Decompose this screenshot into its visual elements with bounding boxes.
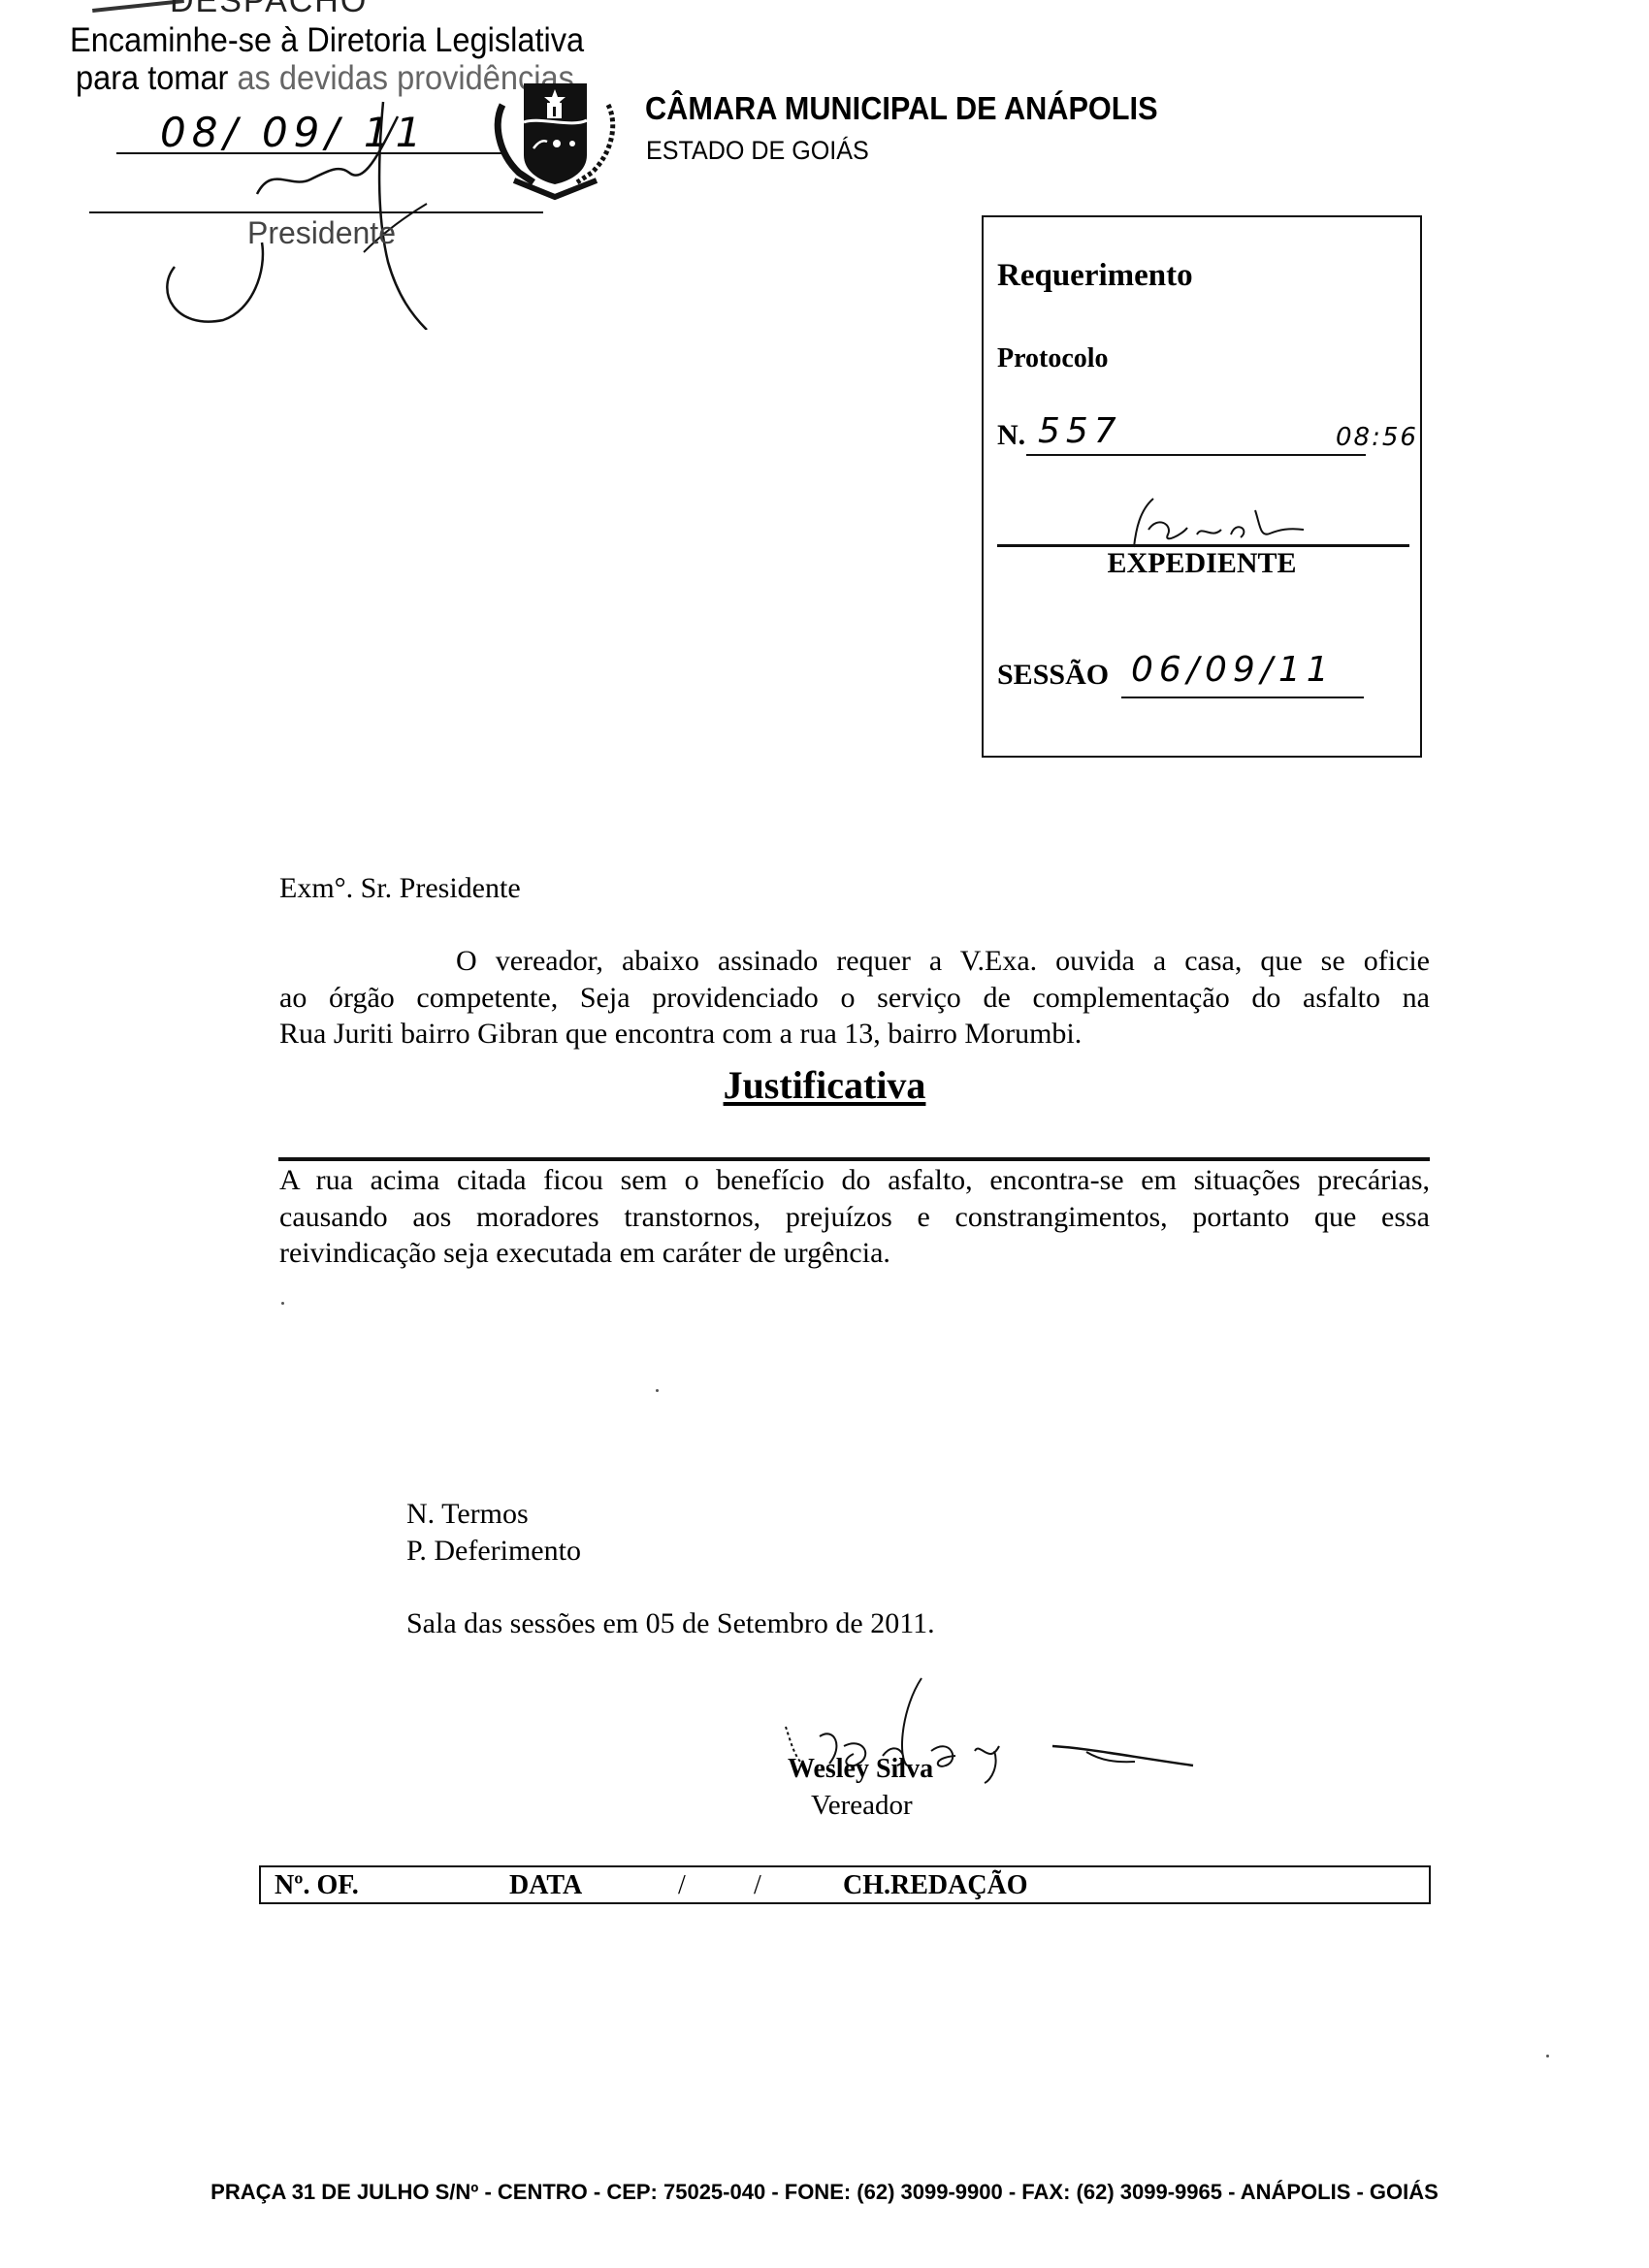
request-line: ao órgão competente, Seja providenciado … — [279, 980, 1430, 1017]
justification-rule — [278, 1157, 1430, 1161]
protocol-box-title: Requerimento — [997, 258, 1193, 294]
protocol-time-value: 08:56 — [1336, 423, 1418, 452]
office-date-separator: / — [678, 1870, 686, 1901]
office-record-box: Nº. OF. DATA / / CH.REDAÇÃO — [259, 1865, 1431, 1904]
justification-line: reivindicação seja executada em caráter … — [279, 1235, 1430, 1272]
despacho-signature-line — [89, 211, 543, 213]
request-line: O vereador, abaixo assinado requer a V.E… — [279, 943, 1430, 980]
scan-speck — [1546, 2055, 1549, 2057]
session-line — [1121, 697, 1364, 698]
signer-role: Vereador — [811, 1790, 913, 1822]
office-number-label: Nº. OF. — [275, 1870, 359, 1901]
closing-line-2: P. Deferimento — [406, 1533, 581, 1570]
despacho-line-1: Encaminhe-se à Diretoria Legislativa — [70, 21, 584, 60]
protocol-number-line — [1026, 454, 1366, 456]
salutation: Exm°. Sr. Presidente — [279, 870, 521, 907]
office-redaction-label: CH.REDAÇÃO — [843, 1870, 1028, 1901]
page-title: CÂMARA MUNICIPAL DE ANÁPOLIS — [645, 90, 1158, 127]
footer-address: PRAÇA 31 DE JULHO S/Nº - CENTRO - CEP: 7… — [0, 2180, 1649, 2205]
expediente-signature-icon — [1115, 491, 1309, 549]
office-date-separator: / — [754, 1870, 761, 1901]
page-subtitle: ESTADO DE GOIÁS — [646, 136, 869, 166]
office-date-label: DATA — [509, 1870, 582, 1901]
justification-paragraph: A rua acima citada ficou sem o benefício… — [279, 1162, 1430, 1272]
justification-line: A rua acima citada ficou sem o benefício… — [279, 1162, 1430, 1199]
scan-speck — [656, 1389, 659, 1392]
protocol-label: Protocolo — [997, 343, 1109, 374]
despacho-line-2-prefix: para tomar — [76, 59, 228, 97]
despacho-heading: DESPACHO — [170, 0, 368, 20]
request-line: Rua Juriti bairro Gibran que encontra co… — [279, 1016, 1430, 1053]
scan-speck — [281, 1302, 284, 1305]
protocol-box: Requerimento Protocolo N. 557 08:56 EXPE… — [982, 215, 1422, 758]
despacho-signature-label: Presidente — [247, 215, 396, 251]
justification-line: causando aos moradores transtornos, prej… — [279, 1199, 1430, 1236]
protocol-number-value: 557 — [1038, 411, 1122, 451]
municipal-crest-icon — [485, 66, 626, 202]
signer-name: Wesley Silva — [788, 1754, 933, 1785]
session-label: SESSÃO — [997, 659, 1109, 692]
session-date-value: 06/09/11 — [1131, 650, 1335, 690]
protocol-number-label: N. — [997, 419, 1025, 452]
closing-line-1: N. Termos — [406, 1496, 529, 1533]
expediente-label: EXPEDIENTE — [984, 547, 1420, 580]
president-signature-icon — [145, 97, 466, 330]
place-and-date: Sala das sessões em 05 de Setembro de 20… — [406, 1605, 935, 1642]
justification-heading: Justificativa — [0, 1062, 1649, 1108]
request-paragraph: O vereador, abaixo assinado requer a V.E… — [279, 943, 1430, 1053]
